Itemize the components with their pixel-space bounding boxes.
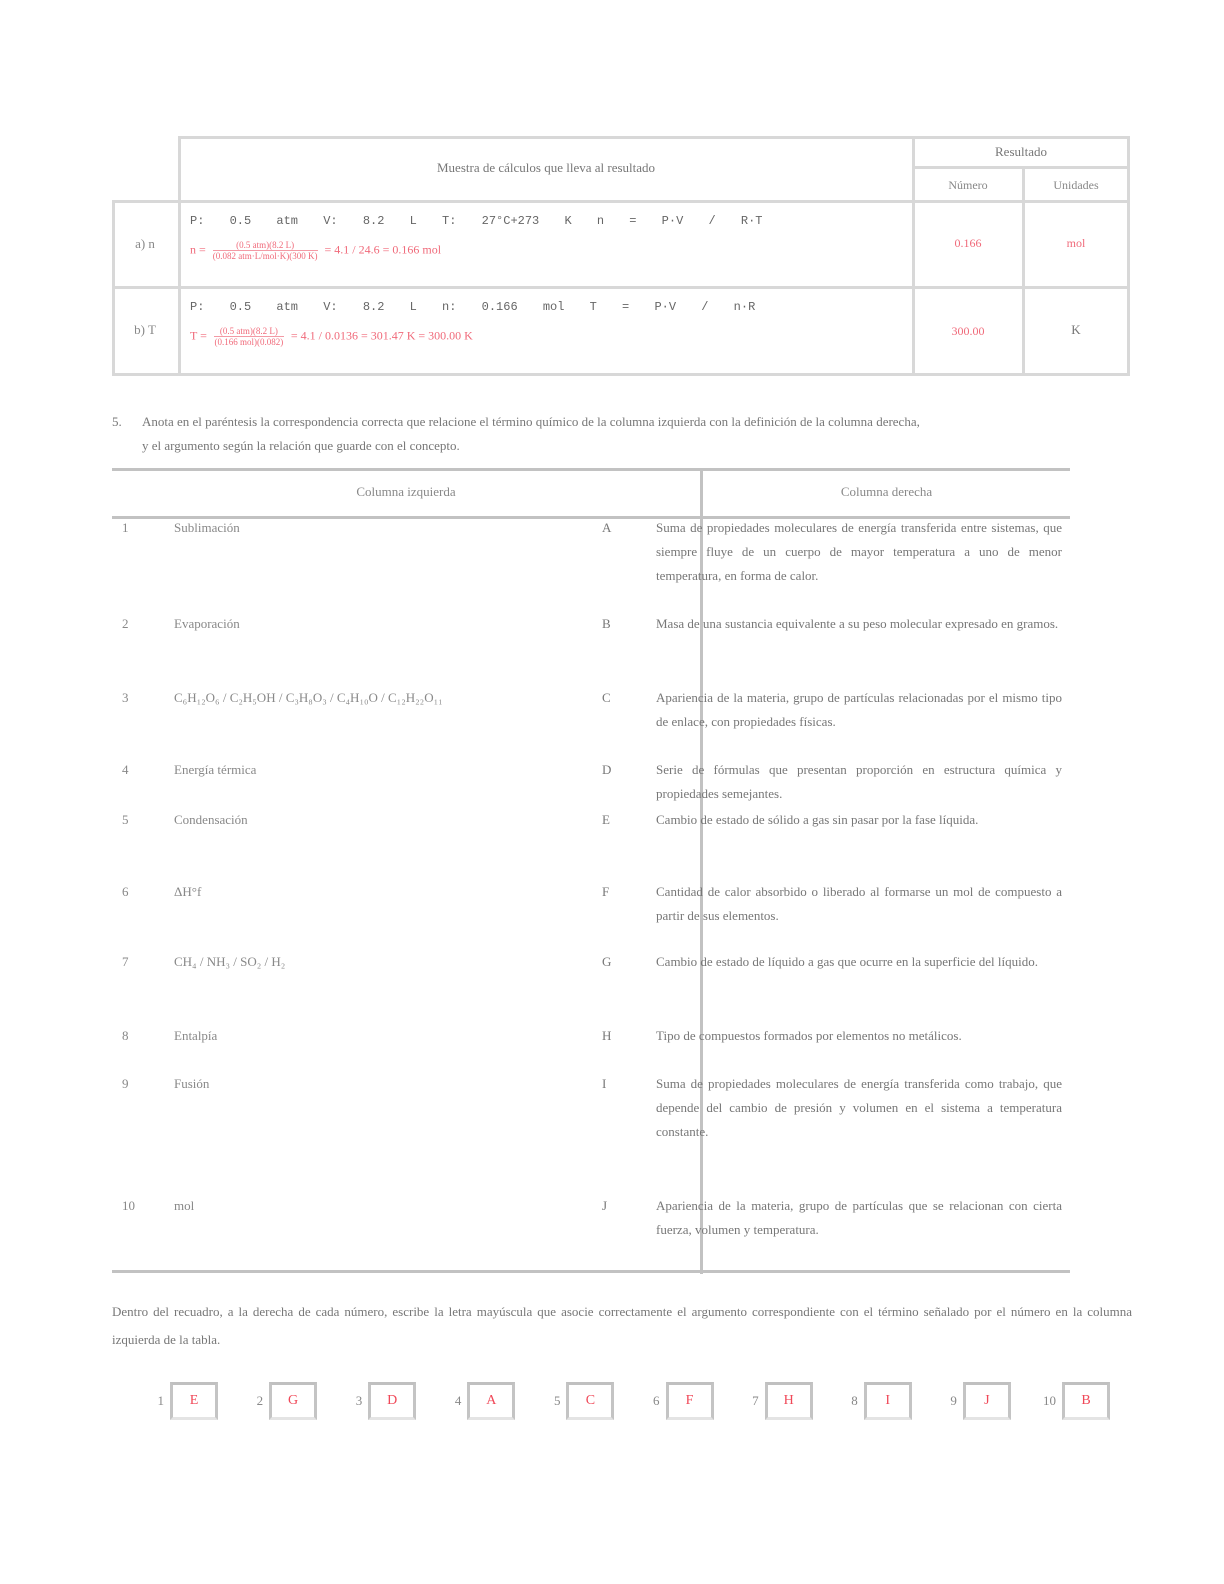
answer-item: 5C	[546, 1378, 614, 1424]
right-item-definition: Masa de una sustancia equivalente a su p…	[656, 612, 1062, 636]
fraction-denominator: (0.082 atm·L/mol·K)(300 K)	[213, 251, 318, 261]
row-label: b) T	[112, 322, 178, 338]
calc-fraction: (0.5 atm)(8.2 L) (0.082 atm·L/mol·K)(300…	[213, 240, 318, 261]
left-item-term: C₆H₁₂O₆ / C₂H₅OH / C₃H₈O₃ / C₄H₁₀O / C₁₂…	[174, 690, 443, 706]
answer-boxes: 1E2G3D4A5C6F7H8I9J10B	[150, 1378, 1110, 1424]
answer-box[interactable]: J	[963, 1382, 1011, 1420]
instruction-line-2: y el argumento según la relación que gua…	[112, 434, 1132, 458]
answer-box[interactable]: F	[666, 1382, 714, 1420]
matching-table: Columna izquierda Columna derecha 1Subli…	[112, 468, 1070, 1274]
right-item-definition: Suma de propiedades moleculares de energ…	[656, 516, 1062, 588]
answer-box[interactable]: B	[1062, 1382, 1110, 1420]
left-item-term: Condensación	[174, 812, 248, 828]
right-item-definition: Apariencia de la materia, grupo de partí…	[656, 1194, 1062, 1242]
instruction-line-1: Anota en el paréntesis la correspondenci…	[142, 414, 920, 429]
result-number: 300.00	[914, 324, 1022, 339]
right-item-definition: Cantidad de calor absorbido o liberado a…	[656, 880, 1062, 928]
right-item-letter: J	[602, 1198, 607, 1214]
right-item-letter: E	[602, 812, 610, 828]
right-item-letter: F	[602, 884, 609, 900]
result-unit: K	[1024, 322, 1128, 338]
answer-number: 6	[646, 1393, 660, 1409]
right-item-letter: B	[602, 616, 611, 632]
answer-item: 1E	[150, 1378, 218, 1424]
left-item-term: Evaporación	[174, 616, 240, 632]
answer-number: 5	[546, 1393, 560, 1409]
left-item-term: ΔH°f	[174, 884, 201, 900]
result-number: 0.166	[914, 236, 1022, 251]
answer-number: 1	[150, 1393, 164, 1409]
answer-box[interactable]: C	[566, 1382, 614, 1420]
answer-number: 9	[943, 1393, 957, 1409]
left-item-number: 3	[122, 690, 129, 706]
answer-box[interactable]: H	[765, 1382, 813, 1420]
left-item-term: Entalpía	[174, 1028, 217, 1044]
calc-fraction: (0.5 atm)(8.2 L) (0.166 mol)(0.082)	[214, 326, 284, 347]
fraction-numerator: (0.5 atm)(8.2 L)	[214, 326, 284, 337]
answer-item: 2G	[249, 1378, 317, 1424]
right-item-letter: A	[602, 520, 611, 536]
given-pressure: P: 0.5 atm	[190, 214, 298, 228]
left-item-number: 7	[122, 954, 129, 970]
given-volume: V: 8.2 L	[323, 214, 417, 228]
header-number: Número	[914, 178, 1022, 193]
left-item-number: 6	[122, 884, 129, 900]
answer-item: 8I	[844, 1378, 912, 1424]
answer-box[interactable]: E	[170, 1382, 218, 1420]
right-item-definition: Cambio de estado de líquido a gas que oc…	[656, 950, 1062, 974]
calc-result-expression: = 4.1 / 0.0136 = 301.47 K = 300.00 K	[291, 328, 473, 342]
right-item-letter: G	[602, 954, 611, 970]
given-formula: T = P·V / n·R	[590, 300, 756, 314]
left-item-number: 5	[122, 812, 129, 828]
right-item-definition: Serie de fórmulas que presentan proporci…	[656, 758, 1062, 806]
row-label: a) n	[112, 236, 178, 252]
answer-number: 8	[844, 1393, 858, 1409]
results-table: Muestra de cálculos que lleva al resulta…	[112, 136, 1130, 376]
answer-item: 4A	[447, 1378, 515, 1424]
answer-item: 6F	[646, 1378, 714, 1424]
answer-box[interactable]: D	[368, 1382, 416, 1420]
answer-item: 10B	[1042, 1378, 1110, 1424]
right-item-letter: H	[602, 1028, 611, 1044]
answer-number: 10	[1042, 1393, 1056, 1409]
left-item-number: 2	[122, 616, 129, 632]
instruction: 5.Anota en el paréntesis la corresponden…	[112, 410, 1132, 458]
left-item-term: Sublimación	[174, 520, 240, 536]
left-item-number: 4	[122, 762, 129, 778]
answer-number: 3	[348, 1393, 362, 1409]
left-item-number: 1	[122, 520, 129, 536]
left-item-term: CH₄ / NH₃ / SO₂ / H₂	[174, 954, 285, 970]
calc-prefix: T =	[190, 328, 207, 342]
right-item-letter: I	[602, 1076, 606, 1092]
given-values: P: 0.5 atm V: 8.2 L n: 0.166 mol T = P·V…	[190, 300, 755, 314]
left-item-number: 9	[122, 1076, 129, 1092]
left-column-header: Columna izquierda	[112, 484, 700, 500]
left-item-number: 8	[122, 1028, 129, 1044]
given-pressure: P: 0.5 atm	[190, 300, 298, 314]
fraction-denominator: (0.166 mol)(0.082)	[214, 337, 284, 347]
left-item-number: 10	[122, 1198, 135, 1214]
answer-box[interactable]: I	[864, 1382, 912, 1420]
header-result: Resultado	[914, 144, 1128, 160]
calc-prefix: n =	[190, 242, 206, 256]
answer-box[interactable]: A	[467, 1382, 515, 1420]
right-item-letter: C	[602, 690, 611, 706]
left-item-term: Fusión	[174, 1076, 209, 1092]
given-moles: n: 0.166 mol	[442, 300, 564, 314]
calculation: n = (0.5 atm)(8.2 L) (0.082 atm·L/mol·K)…	[190, 240, 441, 261]
given-temperature: T: 27°C+273 K	[442, 214, 572, 228]
given-volume: V: 8.2 L	[323, 300, 417, 314]
question-number: 5.	[112, 410, 142, 434]
header-units: Unidades	[1024, 178, 1128, 193]
right-item-definition: Suma de propiedades moleculares de energ…	[656, 1072, 1062, 1144]
header-calculations: Muestra de cálculos que lleva al resulta…	[180, 160, 912, 176]
answer-number: 4	[447, 1393, 461, 1409]
answer-box[interactable]: G	[269, 1382, 317, 1420]
fraction-numerator: (0.5 atm)(8.2 L)	[213, 240, 318, 251]
answer-item: 3D	[348, 1378, 416, 1424]
answer-number: 7	[745, 1393, 759, 1409]
calc-result-expression: = 4.1 / 24.6 = 0.166 mol	[325, 242, 442, 256]
given-values: P: 0.5 atm V: 8.2 L T: 27°C+273 K n = P·…	[190, 214, 762, 228]
right-item-definition: Cambio de estado de sólido a gas sin pas…	[656, 808, 1062, 832]
given-formula: n = P·V / R·T	[597, 214, 763, 228]
calculation: T = (0.5 atm)(8.2 L) (0.166 mol)(0.082) …	[190, 326, 473, 347]
right-item-definition: Apariencia de la materia, grupo de partí…	[656, 686, 1062, 734]
left-item-term: Energía térmica	[174, 762, 256, 778]
left-item-term: mol	[174, 1198, 194, 1214]
answer-item: 9J	[943, 1378, 1011, 1424]
answer-item: 7H	[745, 1378, 813, 1424]
answer-number: 2	[249, 1393, 263, 1409]
result-unit: mol	[1024, 236, 1128, 251]
answer-instruction: Dentro del recuadro, a la derecha de cad…	[112, 1298, 1132, 1354]
right-column-header: Columna derecha	[703, 484, 1070, 500]
right-item-letter: D	[602, 762, 611, 778]
right-item-definition: Tipo de compuestos formados por elemento…	[656, 1024, 1062, 1048]
